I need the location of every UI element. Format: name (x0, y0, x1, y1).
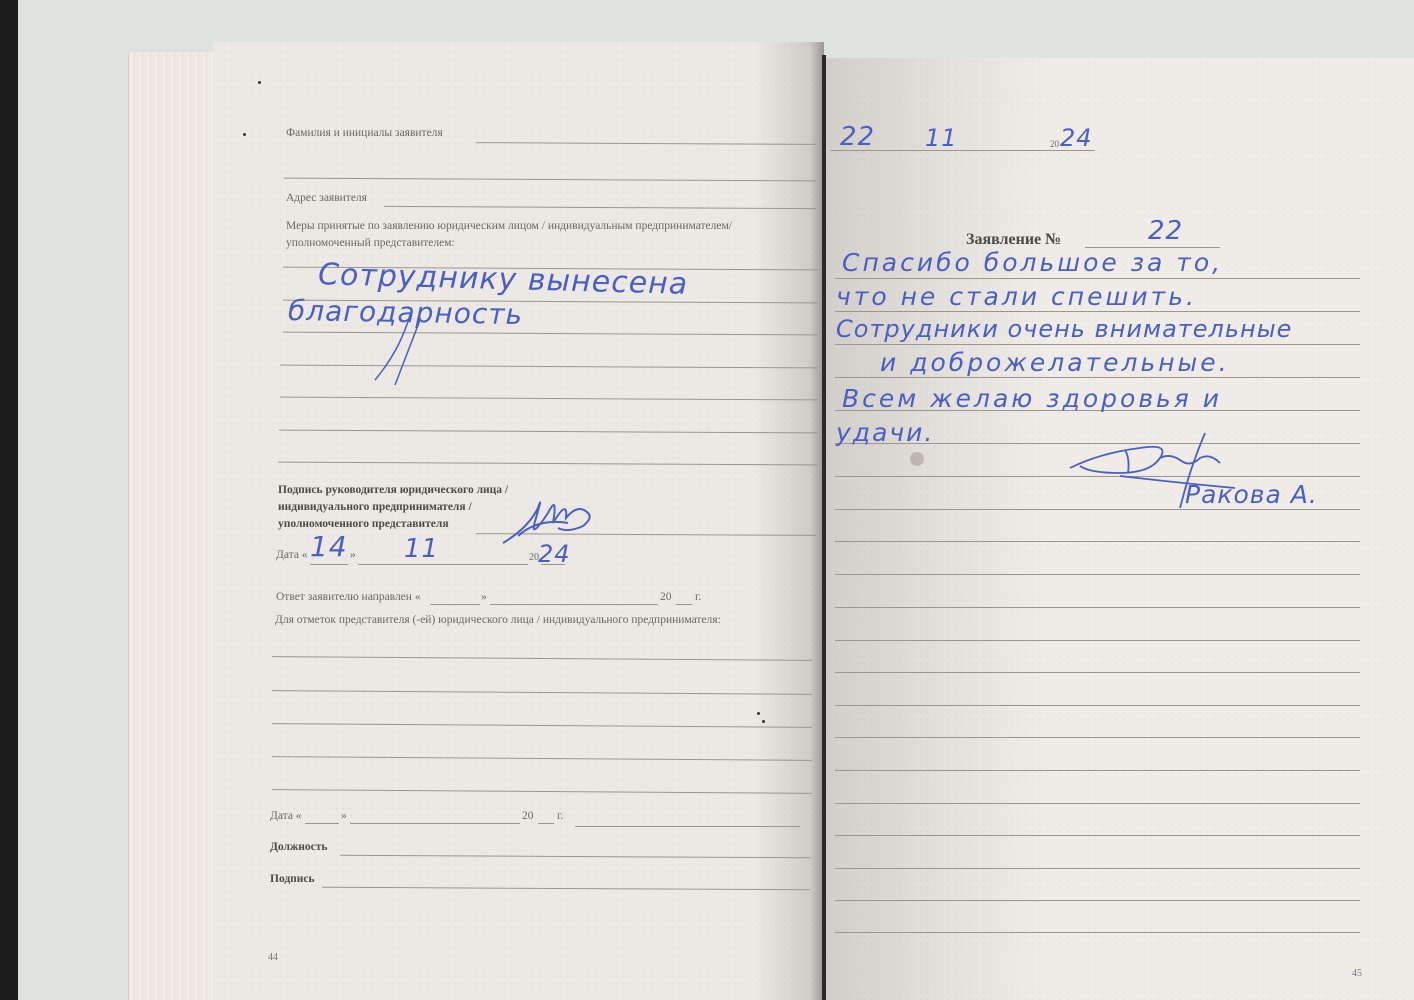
date2-signature-field[interactable] (575, 826, 800, 827)
applicant-name-label: Фамилия и инициалы заявителя (286, 127, 443, 139)
notes-label: Для отметок представителя (-ей) юридичес… (275, 614, 721, 626)
application-number: 22 (1148, 216, 1183, 246)
date2-day-field[interactable] (305, 823, 339, 824)
date-year-value: 24 (538, 540, 571, 568)
text-line (835, 737, 1360, 738)
handwriting-flourish (360, 310, 440, 390)
applicant-address-label: Адрес заявителя (286, 192, 367, 204)
date2-label: Дата « (270, 810, 302, 822)
text-line (835, 932, 1360, 933)
right-date-year: 24 (1060, 124, 1093, 152)
speck (258, 81, 261, 84)
paper-stain (910, 452, 924, 466)
text-line (835, 803, 1360, 804)
date2-year-suffix: г. (557, 810, 563, 822)
text-line (835, 868, 1360, 869)
quote-close: » (341, 810, 347, 822)
date2-year-field[interactable] (538, 823, 554, 824)
text-line (835, 311, 1360, 312)
handwritten-line: Всем желаю здоровья и (842, 384, 1222, 413)
signature2-label: Подпись (270, 873, 315, 885)
date-day-field[interactable] (310, 564, 348, 565)
applicant-name: Ракова А. (1185, 480, 1318, 509)
reply-day-field[interactable] (430, 604, 480, 605)
date2-year-prefix: 20 (522, 810, 534, 822)
signature-label-line3: уполномоченного представителя (278, 518, 449, 530)
signature-label-line2: индивидуального предпринимателя / (278, 501, 472, 513)
reply-year-suffix: г. (695, 591, 701, 603)
date-month-value: 11 (404, 534, 439, 564)
date-day-value: 14 (310, 530, 348, 563)
handwritten-line: что не стали спешить. (836, 282, 1197, 311)
application-label: Заявление № (966, 231, 1061, 249)
handwritten-line: удачи. (836, 418, 934, 447)
text-line (835, 900, 1360, 901)
right-date-day: 22 (840, 122, 875, 152)
text-line (835, 278, 1360, 279)
position-label: Должность (270, 841, 328, 853)
text-line (835, 607, 1360, 608)
right-date-year-prefix: 20 (1050, 139, 1059, 149)
text-line (835, 541, 1360, 542)
scanner-edge (0, 0, 18, 1000)
speck (762, 720, 765, 723)
date2-month-field[interactable] (350, 823, 520, 824)
reply-year-field[interactable] (676, 604, 692, 605)
right-date-month: 11 (925, 124, 958, 152)
reply-year-prefix: 20 (660, 591, 672, 603)
quote-close: » (481, 591, 487, 603)
text-line (835, 640, 1360, 641)
handwritten-line: Спасибо большое за то, (842, 248, 1223, 277)
measures-label-line2: уполномоченный представителем: (286, 237, 455, 249)
right-page (826, 58, 1414, 1000)
book-page-edges (128, 52, 221, 1000)
speck (243, 133, 246, 136)
text-line (835, 835, 1360, 836)
page-number-right: 45 (1352, 968, 1362, 979)
quote-close: » (350, 549, 356, 561)
text-line (835, 377, 1360, 378)
text-line (835, 672, 1360, 673)
measures-label: Меры принятые по заявлению юридическим л… (286, 220, 732, 232)
page-number-left: 44 (268, 952, 278, 963)
text-line (835, 770, 1360, 771)
text-line (835, 344, 1360, 345)
signature-label: Подпись руководителя юридического лица / (278, 484, 508, 496)
handwritten-line: и доброжелательные. (880, 348, 1230, 377)
text-line (835, 705, 1360, 706)
date-month-field[interactable] (358, 564, 528, 565)
handwritten-line: Сотрудники очень внимательные (836, 315, 1292, 343)
speck (757, 712, 760, 715)
reply-label: Ответ заявителю направлен « (276, 591, 421, 603)
text-line (835, 574, 1360, 575)
date-label: Дата « (276, 549, 308, 561)
reply-month-field[interactable] (490, 604, 658, 605)
